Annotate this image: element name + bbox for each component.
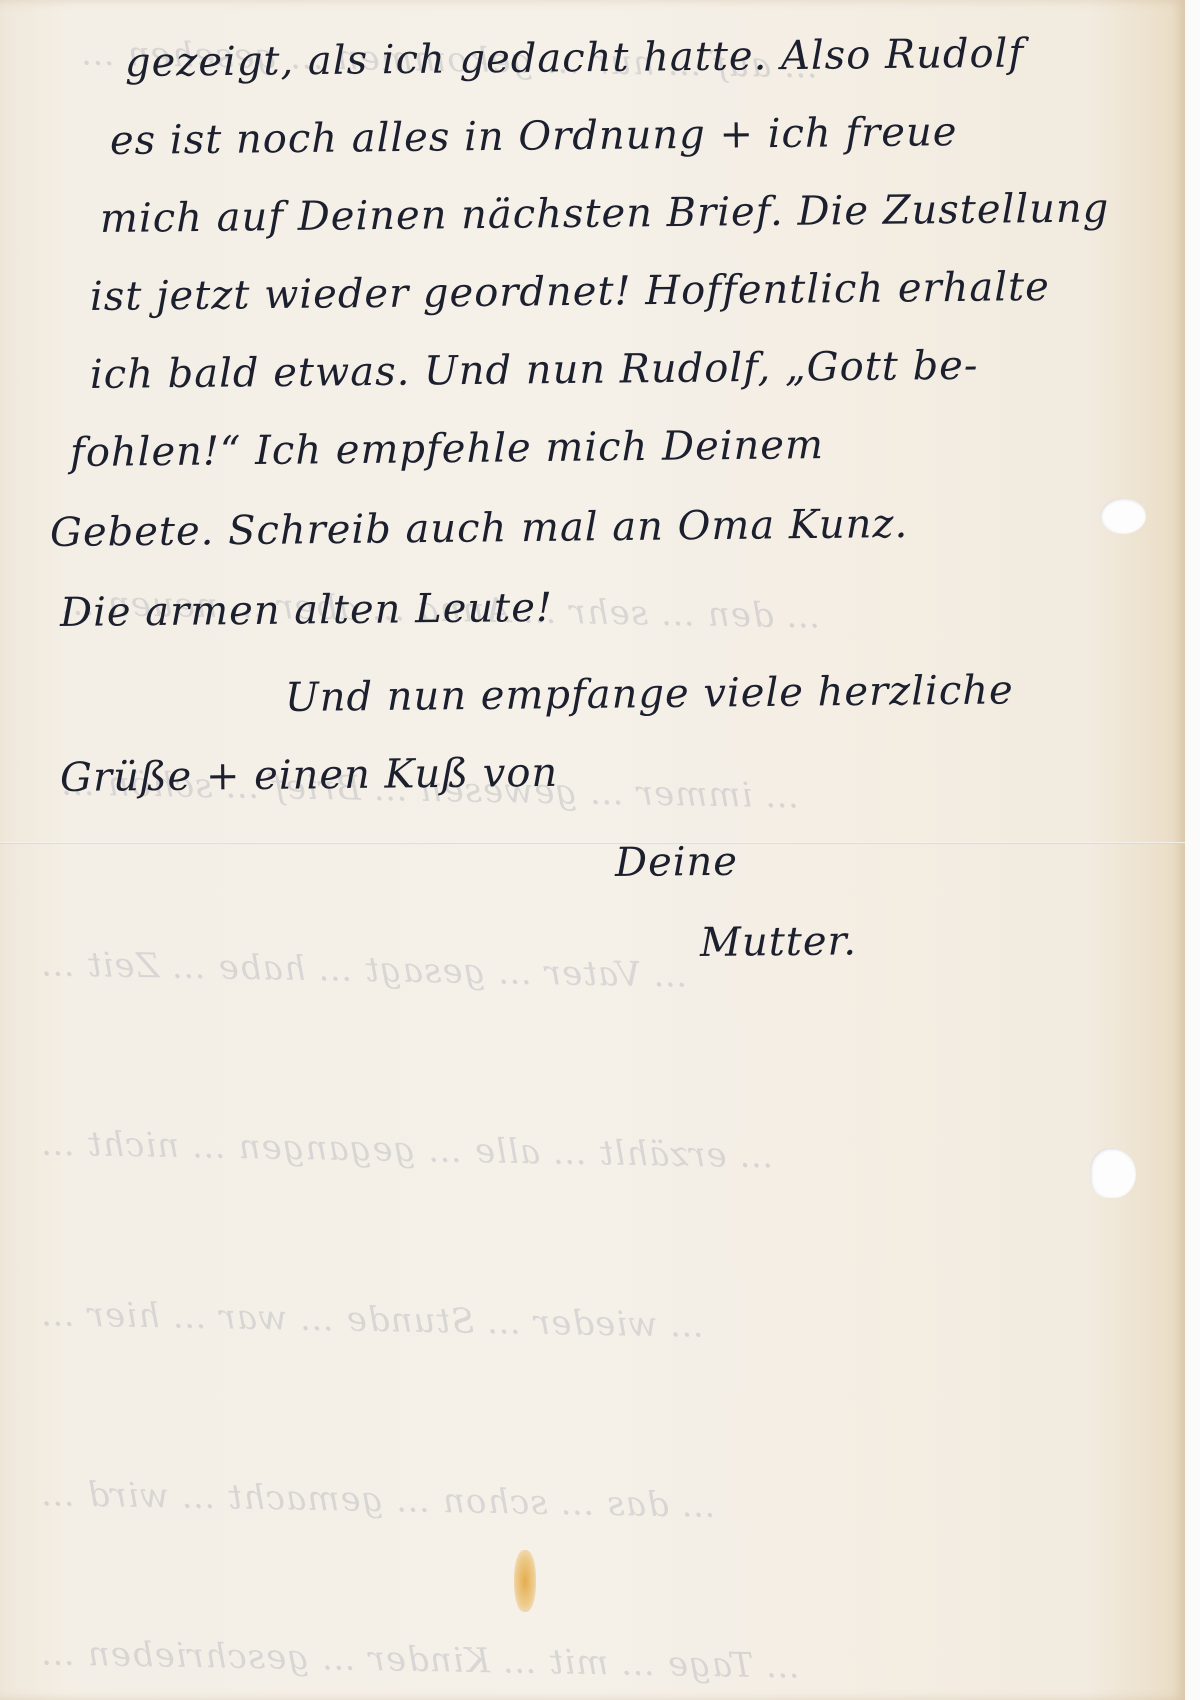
letter-line-5: ich bald etwas. Und nun Rudolf, „Gott be… (90, 343, 979, 398)
bleed-through-text: … auf … nur … gekommen … gesehen … … den… (0, 0, 1185, 1700)
letter-line-7: Gebete. Schreib auch mal an Oma Kunz. (50, 501, 909, 556)
letter-line-6: fohlen!“ Ich empfehle mich Deinem (70, 422, 824, 476)
bleed-line: … Vater … gesagt … habe … Zeit … (40, 944, 688, 995)
letter-line-3: mich auf Deinen nächsten Brief. Die Zust… (100, 185, 1110, 242)
letter-closing: Deine (615, 839, 738, 886)
paper-fold (0, 842, 1185, 844)
bleed-line: … das … schon … gemacht … wird … (40, 1474, 716, 1526)
letter-line-9: Und nun empfange viele herzliche (285, 667, 1014, 721)
letter-signature: Mutter. (700, 918, 857, 966)
letter-line-2: es ist noch alles in Ordnung + ich freue (110, 109, 958, 164)
letter-line-8: Die armen alten Leute! (60, 585, 553, 636)
bleed-line: … Tage … mit … Kinder … geschrieben … (40, 1633, 801, 1686)
bleed-line: … erzählt … alle … gegangen … nicht … (40, 1124, 774, 1177)
ink-stain (514, 1550, 536, 1612)
letter-page: … auf … nur … gekommen … gesehen … … den… (0, 0, 1185, 1700)
punch-hole-top (1100, 498, 1146, 534)
bleed-line: … wieder … Stunde … war … hier … (40, 1294, 705, 1346)
scan-margin (1185, 0, 1200, 1700)
punch-hole-bottom (1090, 1148, 1136, 1198)
letter-line-1: gezeigt, als ich gedacht hatte. Also Rud… (125, 31, 1025, 86)
letter-line-10: Grüße + einen Kuß von (60, 750, 559, 801)
letter-line-4: ist jetzt wieder geordnet! Hoffentlich e… (90, 264, 1050, 320)
